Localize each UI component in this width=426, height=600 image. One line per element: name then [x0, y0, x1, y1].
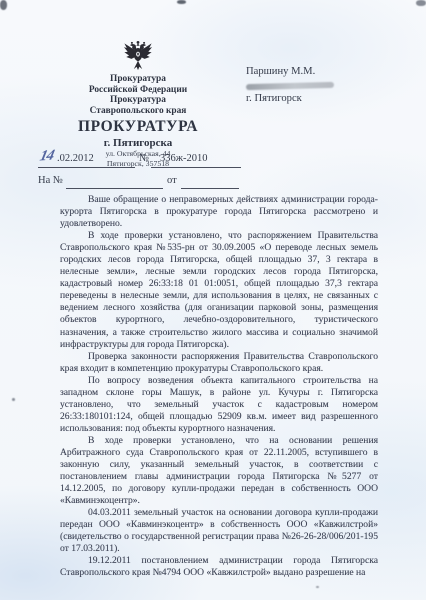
org-line-2: Российской Федерации [38, 85, 238, 96]
scanned-letter-page: Прокуратура Российской Федерации Прокура… [0, 0, 426, 600]
ref-na-underline [66, 188, 163, 189]
org-line-3: Прокуратура [38, 95, 238, 106]
date-underline [38, 167, 135, 168]
paragraph-3: Проверка законности распоряжения Правите… [60, 351, 378, 375]
doc-number: 336ж-2010 [160, 153, 208, 164]
ref-ot-label: от [167, 175, 177, 186]
number-sign: № [139, 153, 149, 164]
org-line-4: Ставропольского края [38, 106, 238, 117]
paragraph-1: Ваше обращение о неправомерных действиях… [60, 194, 378, 230]
paragraph-5: В ходе проверки установлено, что на осно… [60, 435, 378, 507]
double-headed-eagle-icon [123, 40, 153, 72]
paragraph-6: 04.03.2011 земельный участок на основани… [60, 507, 378, 555]
letterhead: Прокуратура Российской Федерации Прокура… [38, 40, 238, 169]
redacted-address-smudge [246, 82, 334, 90]
ref-na-label: На № [38, 175, 63, 186]
addressee-name: Паршину М.М. [246, 66, 334, 78]
paragraph-7: 19.12.2011 постановлением администрации … [60, 555, 378, 579]
letter-body: Ваше обращение о неправомерных действиях… [60, 194, 378, 580]
scan-artifact [12, 398, 15, 401]
addressee-block: Паршину М.М. г. Пятигорск [246, 66, 334, 105]
scan-artifact [177, 0, 186, 4]
scan-artifact [316, 586, 319, 588]
org-name-large: ПРОКУРАТУРА [38, 119, 238, 135]
org-line-1: Прокуратура [38, 74, 238, 85]
addressee-city: г. Пятигорск [246, 93, 334, 105]
ref-ot-underline [181, 188, 239, 189]
paragraph-2: В ходе проверки установлено, что распоря… [60, 230, 378, 350]
org-city: г. Пятигорска [38, 137, 238, 149]
scan-artifact [416, 0, 426, 6]
doc-number-underline [151, 167, 241, 168]
date-printed: .02.2012 [57, 153, 94, 164]
scan-artifact [0, 0, 7, 10]
paragraph-4: По вопросу возведения объекта капитально… [60, 375, 378, 435]
